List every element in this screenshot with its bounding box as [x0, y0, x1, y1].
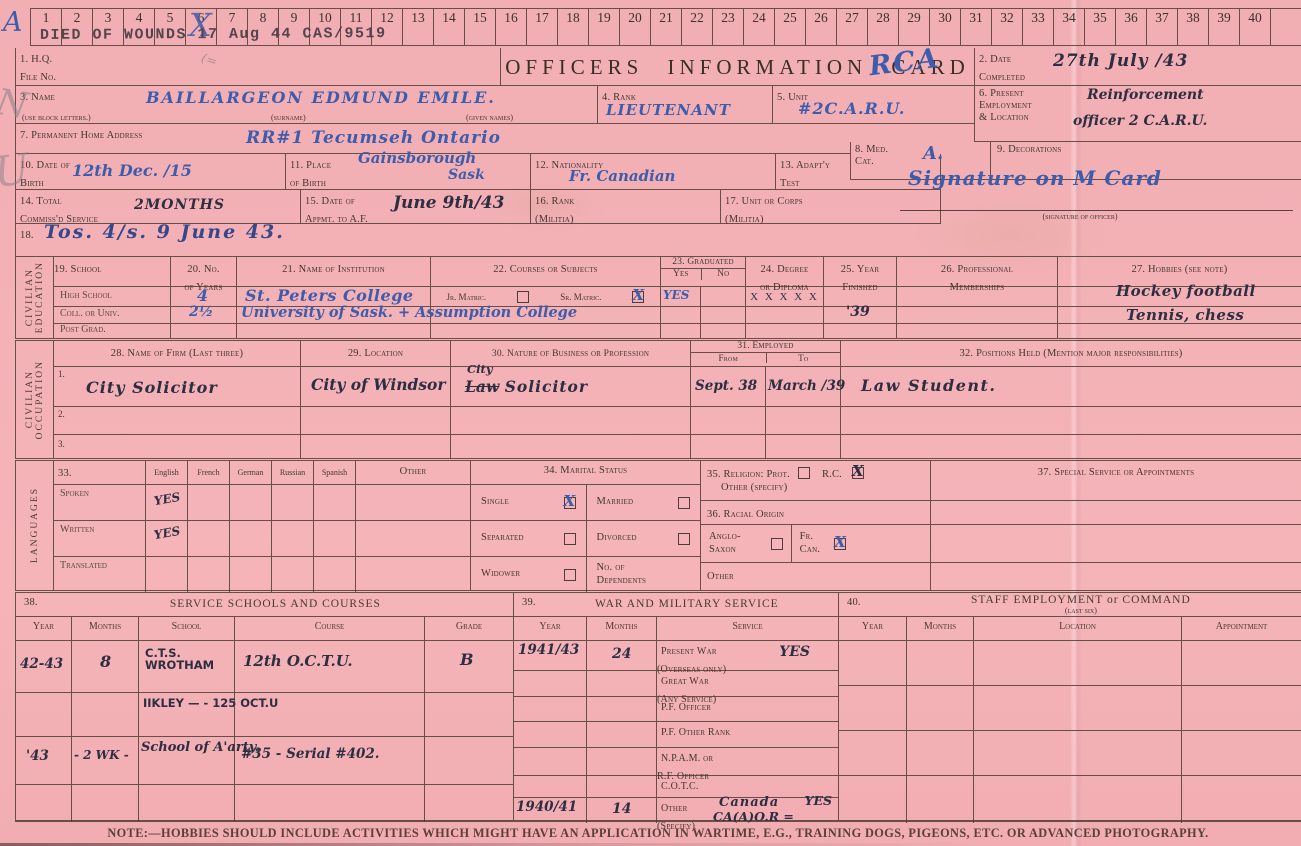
single-label: Single — [481, 496, 509, 508]
side-word-civilian: CIVILIAN — [25, 268, 35, 326]
racial-origin-box: 36. Racial Origin — [701, 501, 930, 525]
widower-cell: Widower — [471, 557, 586, 592]
widower-label: Widower — [481, 568, 520, 580]
high-school-years-value: 4 — [197, 287, 208, 304]
se-col-appointment: Appointment — [1181, 617, 1301, 640]
col-years: 20. No. of Years — [170, 257, 236, 286]
high-school-degree: X X X X X — [745, 287, 823, 306]
col-institution-label: 21. Name of Institution — [282, 264, 385, 275]
religion-other-label: Other (specify) — [707, 482, 924, 494]
rc-label: R.C. — [822, 469, 842, 480]
widower-checkbox — [564, 569, 576, 581]
col-employed-to: To — [766, 353, 841, 363]
separated-checkbox — [564, 533, 576, 545]
positions-cell-1: Law Student. — [840, 367, 1301, 406]
pencil-squiggle: (= — [199, 52, 219, 70]
civilian-occupation-section: CIVILIAN OCCUPATION 28. Name of Firm (La… — [15, 338, 1301, 458]
civilian-occupation-side-label: CIVILIAN OCCUPATION — [15, 341, 54, 458]
dependents-cell: No. of Dependents — [586, 557, 701, 592]
civilian-occupation-table: 28. Name of Firm (Last three) 29. Locati… — [54, 341, 1301, 458]
ws-service-4-label: P.F. Other Rank — [657, 722, 731, 739]
post-grad-graduated-no — [700, 324, 745, 338]
rank-value: LIEUTENANT — [606, 102, 731, 118]
year-finished-value: '39 — [846, 305, 870, 320]
ws-service-7-hw3: YES — [805, 794, 832, 808]
home-address-value: RR#1 Tecumseh Ontario — [246, 129, 501, 147]
number-cell: 28 — [867, 9, 898, 45]
written-english-value: YES — [153, 525, 181, 542]
ws-row-cotc: C.O.T.C. — [514, 776, 838, 798]
special-service-line-2 — [931, 525, 1301, 563]
nature-value-1: LawCity Solicitor — [465, 379, 588, 396]
ss-months-1: 8 — [71, 641, 138, 692]
se-appointment-3 — [1181, 731, 1301, 775]
col-graduated-sub: Yes No — [661, 269, 745, 280]
from-cell-2 — [690, 407, 765, 434]
jr-matric-checkbox — [517, 291, 529, 303]
post-grad-institution — [236, 324, 430, 338]
religion-box: 35. Religion: Prot. R.C. X Other (specif… — [701, 461, 930, 501]
ss-months-3: - 2 WK - — [71, 737, 138, 784]
religion-racial-block: 35. Religion: Prot. R.C. X Other (specif… — [700, 461, 930, 590]
col-graduated-label: 23. Graduated — [661, 257, 745, 269]
se-year-2 — [839, 686, 906, 730]
positions-cell-3 — [840, 435, 1301, 459]
col-graduated: 23. Graduated Yes No — [660, 257, 745, 286]
to-cell-2 — [765, 407, 840, 434]
ss-col-year: Year — [16, 617, 71, 640]
spoken-english-value: YES — [153, 491, 181, 508]
spoken-spanish — [313, 485, 355, 520]
number-cell: 27 — [836, 9, 867, 45]
service-schools-title-row: 38. SERVICE SCHOOLS AND COURSES — [16, 593, 513, 617]
fr-can-check: X — [834, 533, 846, 551]
civilian-education-side-label: CIVILIAN EDUCATION — [15, 257, 54, 338]
anglo-saxon-checkbox — [771, 538, 783, 550]
se-row-1 — [839, 641, 1301, 686]
ss-grade-1: B — [424, 641, 513, 692]
nature-cell-3 — [450, 435, 690, 459]
spoken-french — [187, 485, 229, 520]
ss-months-1-value: 8 — [100, 653, 111, 670]
se-months-3 — [906, 731, 973, 775]
positions-cell-2 — [840, 407, 1301, 434]
ss-year-1-value: 42-43 — [20, 657, 63, 672]
number-cell: 36 — [1115, 9, 1146, 45]
high-school-memberships — [896, 287, 1057, 306]
high-school-institution-value: St. Peters College — [245, 287, 414, 304]
ss-row-1: 42-43 8 C.T.S. WROTHAM 12th O.C.T.U. B — [16, 641, 513, 693]
ws-col-months: Months — [586, 617, 656, 640]
col-school-label: 19. School — [54, 264, 102, 275]
number-cell: 24 — [743, 9, 774, 45]
spoken-english: YES — [145, 485, 187, 520]
number-cell: 22 — [681, 9, 712, 45]
number-cell: 15 — [464, 9, 495, 45]
anglo-saxon-label: Anglo- Saxon — [709, 531, 741, 555]
field-rank: 4. Rank LIEUTENANT — [597, 86, 772, 124]
number-cell: 38 — [1177, 9, 1208, 45]
ws-year-2 — [514, 671, 586, 696]
ws-service-3-label: P.F. Officer — [657, 698, 711, 714]
date-completed-value: 27th July /43 — [1053, 52, 1188, 70]
field-name: 3. Name BAILLARGEON EDMUND EMILE. (use b… — [15, 86, 597, 124]
number-cell: 18 — [557, 9, 588, 45]
location-cell-3 — [300, 435, 450, 459]
rank-militia-label: 16. Rank (Militia) — [535, 196, 575, 225]
hobbies-value-2: Tennis, chess — [1126, 307, 1244, 323]
se-col-location: Location — [973, 617, 1181, 640]
ws-months-2 — [586, 671, 656, 696]
location-value-1: City of Windsor — [311, 377, 446, 394]
written-russian — [271, 521, 313, 556]
written-german — [229, 521, 271, 556]
ss-grade-3 — [424, 737, 513, 784]
present-employment-value-2: officer 2 C.A.R.U. — [1073, 114, 1207, 129]
col-hobbies-label: 27. Hobbies (see note) — [1132, 264, 1228, 275]
nature-cell-1: LawCity Solicitor — [450, 367, 690, 406]
post-grad-memberships — [896, 324, 1057, 338]
racial-other-label: Other — [707, 571, 734, 582]
ss-months-4 — [71, 785, 138, 822]
number-cell: 20 — [619, 9, 650, 45]
special-service-block: 37. Special Service or Appointments — [930, 461, 1301, 590]
translated-spanish — [313, 557, 355, 592]
nature-word: Solicitor — [505, 377, 588, 396]
ws-service-1-hw: YES — [779, 645, 810, 660]
languages-header: 33. English French German Russian Spanis… — [54, 461, 470, 485]
col-memberships: 26. Professional Memberships — [896, 257, 1057, 286]
languages-side-label: LANGUAGES — [15, 461, 54, 590]
date-of-appmt-label: 15. Date of Appmt. to A.F. — [305, 196, 368, 225]
ws-service-3: P.F. Officer — [656, 697, 838, 721]
col-positions: 32. Positions Held (Mention major respon… — [840, 341, 1301, 366]
signature-line — [900, 210, 1293, 211]
ss-year-4 — [16, 785, 71, 822]
field-date-completed: 2. Date Completed 27th July /43 — [974, 48, 1301, 86]
col-employed-sub: From To — [691, 353, 840, 363]
translated-label: Translated — [54, 557, 145, 592]
lang-col-english: English — [145, 461, 187, 484]
ws-months-1: 24 — [586, 641, 656, 670]
written-french — [187, 521, 229, 556]
marital-status-header: 34. Marital Status — [471, 461, 700, 485]
col-location: 29. Location — [300, 341, 450, 366]
se-year-4 — [839, 776, 906, 823]
col-employed: 31. Employed From To — [690, 341, 840, 366]
service-schools-panel: 38. SERVICE SCHOOLS AND COURSES Year Mon… — [15, 593, 513, 820]
ss-school-2-value: IIKLEY — - 125 OCT.U — [143, 697, 278, 709]
war-service-title: WAR AND MILITARY SERVICE — [536, 593, 838, 616]
ws-col-year: Year — [514, 617, 586, 640]
civ-occ-header-row: 28. Name of Firm (Last three) 29. Locati… — [54, 341, 1301, 367]
divorced-label: Divorced — [597, 532, 637, 544]
number-cell: 32 — [991, 9, 1022, 45]
lang-col-german: German — [229, 461, 271, 484]
se-col-months: Months — [906, 617, 973, 640]
place-of-birth-label: 11. Place of Birth — [290, 160, 331, 189]
ws-year-7-value: 1940/41 — [516, 800, 577, 815]
nature-struck: Law — [465, 377, 499, 396]
se-row-2 — [839, 686, 1301, 731]
number-cell: 30 — [929, 9, 960, 45]
single-check: X — [564, 492, 576, 510]
post-grad-year-finished — [823, 324, 896, 338]
number-cell: 39 — [1208, 9, 1239, 45]
spoken-russian — [271, 485, 313, 520]
sr-matric-checkbox: X — [632, 291, 644, 303]
number-cell: 34 — [1053, 9, 1084, 45]
number-cell: 19 — [588, 9, 619, 45]
service-schools-number: 38. — [16, 593, 38, 616]
fr-can-label: Fr. Can. — [800, 531, 821, 555]
location-cell-2 — [300, 407, 450, 434]
service-schools-title: SERVICE SCHOOLS AND COURSES — [38, 593, 513, 616]
ws-service-2: Great War (Any Service) — [656, 671, 838, 696]
lang-33-label: 33. — [58, 468, 72, 479]
row-1-number: 1. — [58, 369, 65, 379]
ws-service-1: Present War (Overseas only)YES — [656, 641, 838, 670]
se-location-2 — [973, 686, 1181, 730]
col-degree: 24. Degree or Diploma — [745, 257, 823, 286]
languages-section: LANGUAGES 33. English French German Russ… — [15, 458, 1301, 590]
ws-year-4 — [514, 722, 586, 747]
firm-cell-3: 3. — [54, 435, 300, 459]
lang-col-french: French — [187, 461, 229, 484]
lang-german-label: German — [230, 461, 271, 477]
col-firm: 28. Name of Firm (Last three) — [54, 341, 300, 366]
special-service-header: 37. Special Service or Appointments — [931, 461, 1301, 501]
firm-cell-2: 2. — [54, 407, 300, 434]
field-18-label: 18. — [20, 230, 34, 241]
name-value: BAILLARGEON EDMUND EMILE. — [146, 89, 496, 106]
civilian-education-section: CIVILIAN EDUCATION 19. School 20. No. of… — [15, 256, 1301, 338]
adapty-test-label: 13. Adapt'y Test — [780, 160, 830, 189]
staff-employment-subtitle: (last six) — [861, 607, 1301, 615]
post-grad-courses — [430, 324, 660, 338]
present-employment-value-1: Reinforcement — [1087, 88, 1204, 103]
name-sub-block-letters: (use block letters.) — [22, 113, 91, 122]
ws-row-pf-other-rank: P.F. Other Rank — [514, 722, 838, 748]
war-service-panel: 39. WAR AND MILITARY SERVICE Year Months… — [513, 593, 838, 820]
firm-cell-1: 1. City Solicitor — [54, 367, 300, 406]
col-positions-label: 32. Positions Held (Mention major respon… — [960, 348, 1183, 359]
ws-months-1-value: 24 — [612, 647, 631, 662]
ss-school-2: IIKLEY — - 125 OCT.U — [138, 693, 234, 736]
number-cell: 14 — [433, 9, 464, 45]
religion-label: 35. Religion: Prot. — [707, 469, 790, 480]
ws-col-service: Service — [656, 617, 838, 640]
col-firm-label: 28. Name of Firm (Last three) — [111, 348, 243, 359]
unit-value: #2C.A.R.U. — [798, 100, 905, 117]
ss-col-months: Months — [71, 617, 138, 640]
field-unit: 5. Unit #2C.A.R.U. — [772, 86, 974, 124]
written-other — [355, 521, 470, 556]
occupation-row-2: 2. — [54, 407, 1301, 435]
col-graduated-yes: Yes — [661, 269, 701, 280]
number-cell: 21 — [650, 9, 681, 45]
nature-corrected: LawCity — [465, 377, 499, 396]
side-word-civilian-2: CIVILIAN — [25, 370, 35, 428]
ws-year-6 — [514, 776, 586, 797]
header-row: 1. H.Q. File No. (= OFFICERS INFORMATION… — [15, 48, 1301, 86]
nature-cell-2 — [450, 407, 690, 434]
firm-value-1: City Solicitor — [86, 379, 218, 396]
row-2-number: 2. — [58, 409, 65, 419]
ws-service-4: P.F. Other Rank — [656, 722, 838, 747]
translated-row: Translated — [54, 557, 470, 592]
number-cell: 23 — [712, 9, 743, 45]
post-grad-graduated-yes — [660, 324, 700, 338]
ss-year-3: '43 — [16, 737, 71, 784]
college-graduated-yes — [660, 307, 700, 323]
col-graduated-no: No — [701, 269, 745, 280]
ss-months-2 — [71, 693, 138, 736]
marital-row-1: Single X Married — [471, 485, 700, 521]
se-appointment-1 — [1181, 641, 1301, 685]
separated-label: Separated — [481, 532, 524, 544]
field-18-tos: 18. Tos. 4/s. 9 June 43. — [15, 224, 715, 256]
jr-matric-label: Jr. Matric. — [447, 292, 487, 302]
ss-row-2: IIKLEY — - 125 OCT.U — [16, 693, 513, 737]
col-school: 19. School — [54, 257, 170, 286]
divorced-cell: Divorced — [586, 521, 701, 556]
col-nature-label: 30. Nature of Business or Profession — [492, 349, 649, 359]
field-rank-militia: 16. Rank (Militia) — [530, 190, 720, 224]
field-nationality: 12. Nationality Fr. Canadian — [530, 154, 775, 190]
ss-school-4 — [138, 785, 234, 822]
ss-year-2 — [16, 693, 71, 736]
place-of-birth-value-1: Gainsborough — [358, 150, 476, 166]
col-institution: 21. Name of Institution — [236, 257, 430, 286]
spoken-row: Spoken YES — [54, 485, 470, 521]
se-months-4 — [906, 776, 973, 823]
war-service-title-row: 39. WAR AND MILITARY SERVICE — [514, 593, 838, 617]
ws-year-5 — [514, 748, 586, 775]
staff-employment-title: STAFF EMPLOYMENT or COMMAND — [861, 593, 1301, 607]
ss-course-1: 12th O.C.T.U. — [234, 641, 424, 692]
lang-russian-label: Russian — [272, 461, 313, 477]
war-service-colheader: Year Months Service — [514, 617, 838, 641]
field-date-of-appmt: 15. Date of Appmt. to A.F. June 9th/43 — [300, 190, 530, 224]
college-years: 2½ — [170, 307, 236, 323]
nationality-value: Fr. Canadian — [569, 168, 675, 184]
married-cell: Married — [586, 485, 701, 520]
se-year-1 — [839, 641, 906, 685]
translated-russian — [271, 557, 313, 592]
written-spanish — [313, 521, 355, 556]
bottom-section: 38. SERVICE SCHOOLS AND COURSES Year Mon… — [15, 590, 1301, 820]
ss-course-3-value: #35 - Serial #402. — [241, 747, 379, 762]
signature-label: (signature of officer) — [980, 212, 1180, 221]
service-schools-colheader: Year Months School Course Grade — [16, 617, 513, 641]
side-word-languages: LANGUAGES — [30, 487, 40, 563]
number-cell: 26 — [805, 9, 836, 45]
ss-grade-2 — [424, 693, 513, 736]
row-college: Coll. or Univ. 2½ University of Sask. + … — [54, 307, 1301, 324]
field-place-of-birth: 11. Place of Birth Gainsborough Sask — [285, 154, 530, 190]
ws-months-3 — [586, 697, 656, 721]
field-hq-file-no: 1. H.Q. File No. (= — [15, 48, 500, 86]
row-3-number: 3. — [58, 439, 65, 449]
divorced-checkbox — [678, 533, 690, 545]
unit-corps-militia-label: 17. Unit or Corps (Militia) — [725, 196, 803, 225]
languages-table: 33. English French German Russian Spanis… — [54, 461, 470, 590]
name-sub-given-names: (given names) — [466, 113, 513, 122]
translated-other — [355, 557, 470, 592]
separated-cell: Separated — [471, 521, 586, 556]
lang-col-spanish: Spanish — [313, 461, 355, 484]
graduated-yes-value: YES — [663, 289, 689, 302]
date-of-birth-value: 12th Dec. /15 — [72, 162, 192, 179]
side-word-education: EDUCATION — [35, 261, 45, 333]
total-service-value: 2MONTHS — [134, 198, 225, 213]
marital-row-3: Widower No. of Dependents — [471, 557, 700, 592]
anglo-saxon-cell: Anglo- Saxon — [701, 525, 791, 562]
fr-can-checkbox: X — [834, 538, 846, 550]
nature-correction: City — [467, 363, 493, 375]
college-memberships — [896, 307, 1057, 323]
sr-matric-label: Sr. Matric. — [560, 292, 601, 302]
place-of-birth-value-2: Sask — [448, 168, 485, 183]
staff-employment-number: 40. — [839, 593, 861, 616]
date-of-appmt-value: June 9th/43 — [393, 194, 504, 212]
med-cat-value: A. — [923, 144, 943, 163]
college-graduated-no — [700, 307, 745, 323]
number-cell: 37 — [1146, 9, 1177, 45]
spoken-other — [355, 485, 470, 520]
title-box: OFFICERS INFORMATION CARD RCA — [500, 48, 974, 86]
side-word-occupation: OCCUPATION — [35, 360, 45, 439]
ss-row-3: '43 - 2 WK - School of A'arty. #35 - Ser… — [16, 737, 513, 785]
ws-service-7-hw1: Canada — [719, 796, 779, 810]
se-appointment-2 — [1181, 686, 1301, 730]
ws-months-6 — [586, 776, 656, 797]
rc-checkbox: X — [852, 467, 864, 479]
ws-year-1-value: 1941/43 — [518, 643, 579, 658]
fr-can-cell: Fr. Can. X — [791, 525, 930, 562]
tos-row: 18. Tos. 4/s. 9 June 43. — [15, 224, 1301, 256]
to-cell-3 — [765, 435, 840, 459]
name-sub-surname: (surname) — [271, 113, 306, 122]
field-18-value: Tos. 4/s. 9 June 43. — [44, 222, 285, 243]
died-of-wounds-stamp: DIED OF WOUNDS 17 Aug 44 CAS/9519 — [40, 25, 387, 44]
ss-col-course: Course — [234, 617, 424, 640]
translated-french — [187, 557, 229, 592]
rc-check: X — [852, 462, 864, 480]
col-year-finished: 25. Year Finished — [823, 257, 896, 286]
lang-english-label: English — [146, 461, 187, 477]
ss-course-3: #35 - Serial #402. — [234, 737, 424, 784]
racial-row: Anglo- Saxon Fr. Can. X — [701, 525, 930, 563]
from-cell-3 — [690, 435, 765, 459]
translated-german — [229, 557, 271, 592]
ss-grade-1-value: B — [460, 651, 474, 668]
ws-row-npam: N.P.A.M. or R.F. Officer — [514, 748, 838, 776]
ss-school-3: School of A'arty. — [138, 737, 234, 784]
college-years-value: 2½ — [189, 305, 213, 320]
field-date-of-birth: 10. Date of Birth 12th Dec. /15 — [15, 154, 285, 190]
post-grad-label: Post Grad. — [54, 324, 170, 338]
se-appointment-4 — [1181, 776, 1301, 823]
ws-service-7-hw2: CA(A)O.R = — [713, 810, 794, 824]
racial-other-cell: Other — [701, 563, 930, 592]
number-strip-filler — [1270, 9, 1301, 45]
margin-mark-a: A — [3, 8, 23, 37]
married-checkbox — [678, 497, 690, 509]
dependents-label: No. of Dependents — [597, 562, 647, 586]
staff-employment-title-row: 40. STAFF EMPLOYMENT or COMMAND (last si… — [839, 593, 1301, 617]
